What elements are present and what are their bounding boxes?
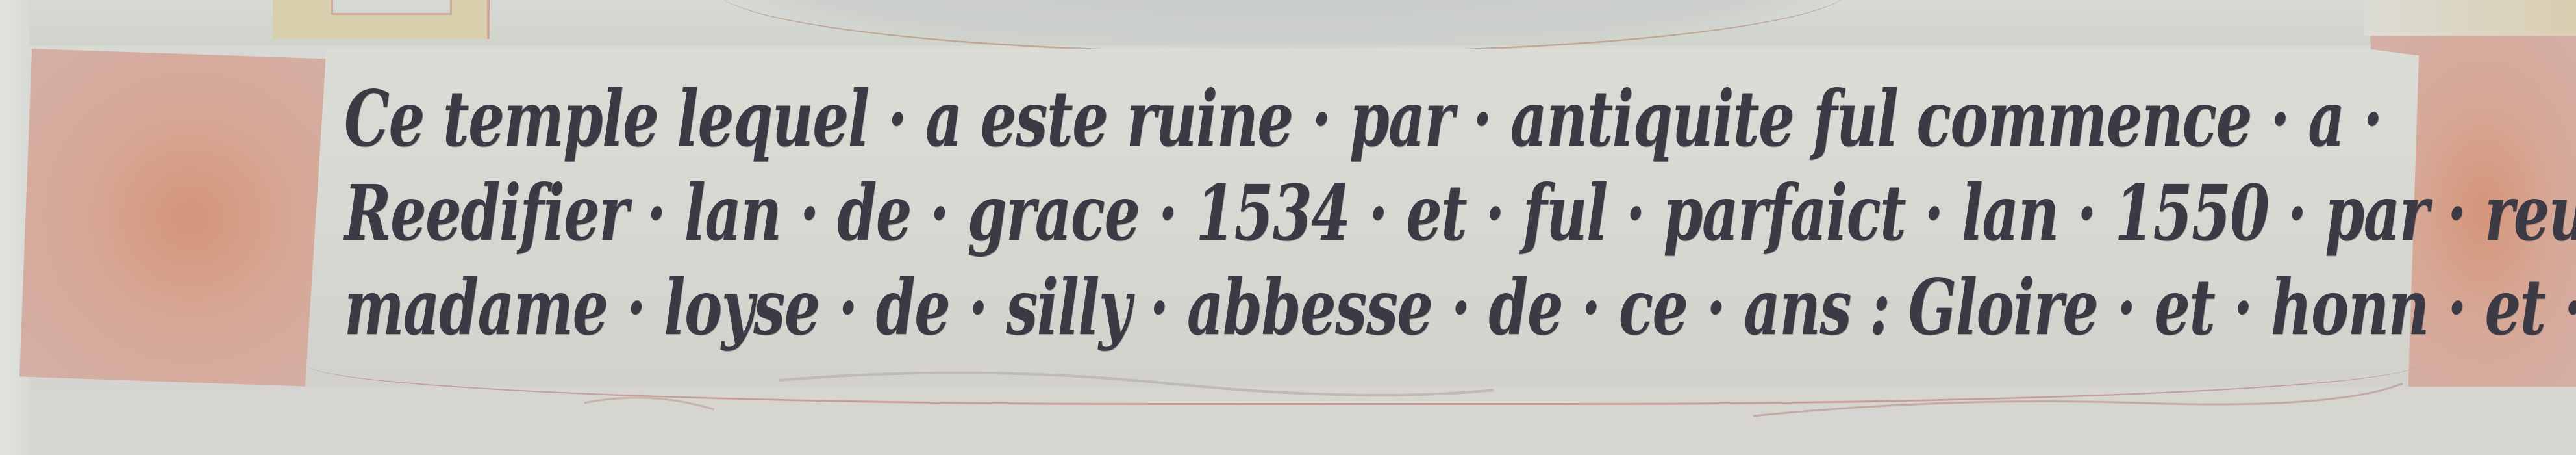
red-ochre-panel-left — [19, 49, 331, 387]
ochre-frame-inner — [331, 0, 452, 15]
faded-arch-painting — [714, 0, 1851, 54]
gothic-inscription: Ce temple lequel · a este ruine · par · … — [344, 71, 2390, 354]
plaque-scalloped-edge — [305, 364, 2419, 405]
inscription-line-1: Ce temple lequel · a este ruine · par · … — [344, 71, 1868, 166]
faded-figure-fragment — [2364, 0, 2576, 36]
inscription-line-3: madame · loyse · de · silly · abbesse · … — [344, 260, 1858, 354]
wall-left-edge — [0, 0, 29, 455]
inscription-line-2: Reedifier · lan · de · grace · 1534 · et… — [344, 166, 1858, 260]
wall-background: Ce temple lequel · a este ruine · par · … — [0, 0, 2576, 455]
